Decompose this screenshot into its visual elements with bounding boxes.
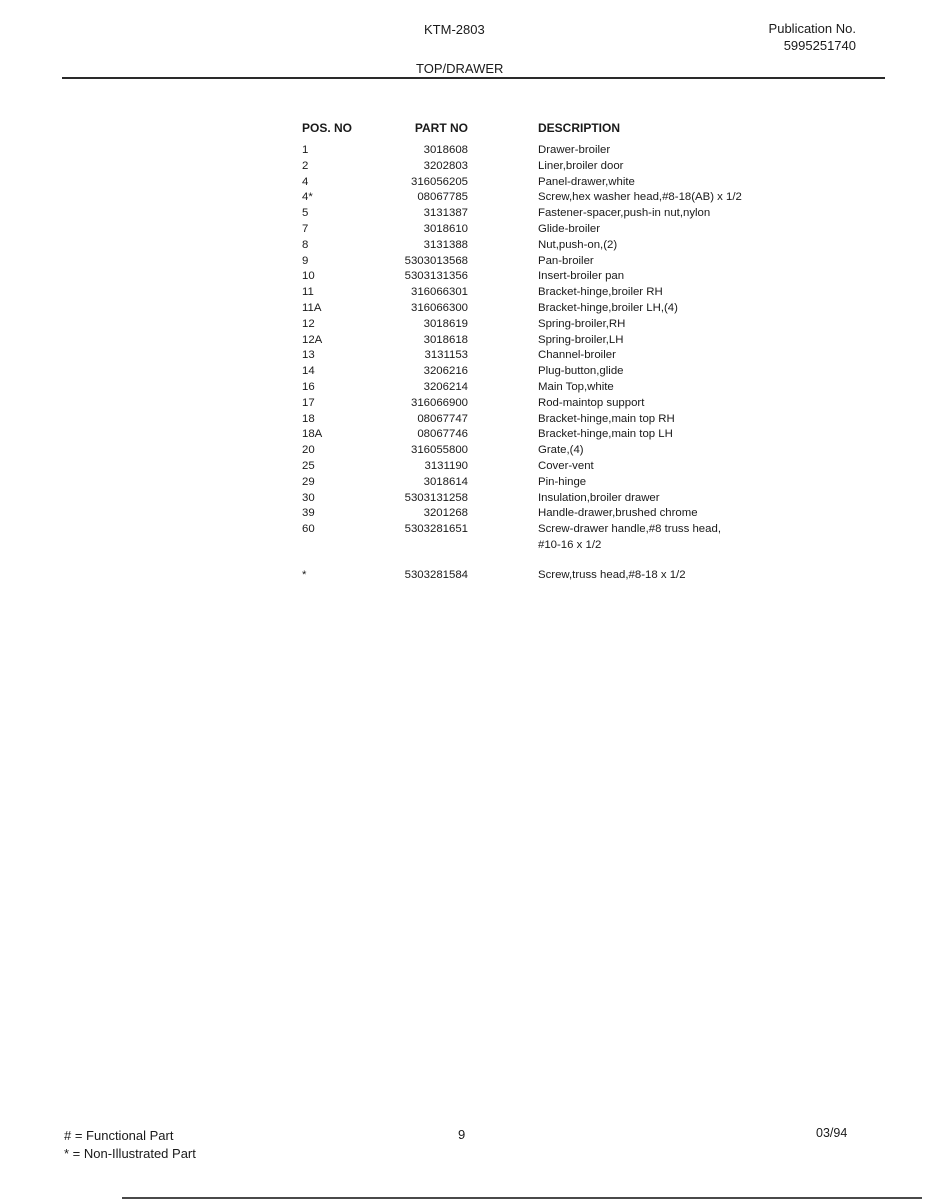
table-row: 20316055800Grate,(4) [302,443,802,459]
table-row: 253131190Cover-vent [302,459,802,475]
description-cell: Main Top,white [538,380,798,396]
pos-cell: 25 [302,459,368,475]
description-cell: Spring-broiler,LH [538,333,798,349]
pos-cell: 4* [302,190,368,206]
pos-cell: 11A [302,301,368,317]
table-row: 11316066301Bracket-hinge,broiler RH [302,285,802,301]
pos-cell: 17 [302,396,368,412]
description-cell: Insert-broiler pan [538,269,798,285]
pos-cell: 12A [302,333,368,349]
part-number-cell: 3131387 [368,206,468,222]
table-row: 73018610Glide-broiler [302,222,802,238]
parts-table: POS. NO PART NO DESCRIPTION 13018608Draw… [302,121,802,584]
part-number-cell: 08067747 [368,412,468,428]
description-cell: Nut,push-on,(2) [538,238,798,254]
pos-cell: 4 [302,175,368,191]
table-row: 163206214Main Top,white [302,380,802,396]
part-number-cell: 3018619 [368,317,468,333]
table-row: 12A3018618Spring-broiler,LH [302,333,802,349]
table-row: 23202803Liner,broiler door [302,159,802,175]
part-number-cell: 5303131258 [368,491,468,507]
column-header-description: DESCRIPTION [538,121,798,135]
description-cell: Screw,hex washer head,#8-18(AB) x 1/2 [538,190,798,206]
publication-label: Publication No. [769,21,856,36]
part-number-cell: 3131190 [368,459,468,475]
part-number-cell: 3206216 [368,364,468,380]
part-number-cell: 5303013568 [368,254,468,270]
part-number-cell: 316055800 [368,443,468,459]
table-row: 83131388Nut,push-on,(2) [302,238,802,254]
pos-cell: 1 [302,143,368,159]
table-row: 105303131356Insert-broiler pan [302,269,802,285]
publication-info: Publication No. 5995251740 [754,20,856,54]
part-number-cell: 08067746 [368,427,468,443]
part-number-cell: 3018618 [368,333,468,349]
part-number-cell: 3201268 [368,506,468,522]
pos-cell: 14 [302,364,368,380]
description-cell: Fastener-spacer,push-in nut,nylon [538,206,798,222]
table-body: 13018608Drawer-broiler23202803Liner,broi… [302,143,802,584]
description-cell: Bracket-hinge,broiler LH,(4) [538,301,798,317]
pos-cell: 9 [302,254,368,270]
description-cell: Pan-broiler [538,254,798,270]
table-header: POS. NO PART NO DESCRIPTION [302,121,802,143]
description-cell: Screw,truss head,#8-18 x 1/2 [538,568,798,584]
part-number-cell: 316066301 [368,285,468,301]
part-number-cell: 316056205 [368,175,468,191]
table-row: 11A316066300Bracket-hinge,broiler LH,(4) [302,301,802,317]
part-number-cell: 3206214 [368,380,468,396]
legend-functional-part: # = Functional Part [64,1127,196,1145]
model-number: KTM-2803 [424,22,485,37]
part-number-cell: 3018614 [368,475,468,491]
pos-cell: 11 [302,285,368,301]
description-cell: Drawer-broiler [538,143,798,159]
pos-cell: 13 [302,348,368,364]
description-cell: Panel-drawer,white [538,175,798,191]
pos-cell: 7 [302,222,368,238]
pos-cell: 18 [302,412,368,428]
description-cell: Screw-drawer handle,#8 truss head, #10-1… [538,522,798,554]
page-number: 9 [458,1127,465,1142]
description-cell: Bracket-hinge,main top LH [538,427,798,443]
pos-cell: 29 [302,475,368,491]
description-cell: Rod-maintop support [538,396,798,412]
table-row: 1808067747Bracket-hinge,main top RH [302,412,802,428]
description-cell: Cover-vent [538,459,798,475]
table-row: 393201268Handle-drawer,brushed chrome [302,506,802,522]
pos-cell: * [302,568,368,584]
pos-cell: 39 [302,506,368,522]
description-cell: Channel-broiler [538,348,798,364]
description-cell: Plug-button,glide [538,364,798,380]
description-cell: Pin-hinge [538,475,798,491]
table-row: 4*08067785Screw,hex washer head,#8-18(AB… [302,190,802,206]
part-number-cell: 3202803 [368,159,468,175]
header-divider [62,77,885,79]
part-number-cell: 3018608 [368,143,468,159]
table-row: 133131153Channel-broiler [302,348,802,364]
part-number-cell: 08067785 [368,190,468,206]
table-row: 95303013568Pan-broiler [302,254,802,270]
legend-non-illustrated-part: * = Non-Illustrated Part [64,1145,196,1163]
part-number-cell: 316066900 [368,396,468,412]
pos-cell: 18A [302,427,368,443]
description-cell: Spring-broiler,RH [538,317,798,333]
pos-cell: 2 [302,159,368,175]
table-row: 17316066900Rod-maintop support [302,396,802,412]
pos-cell: 16 [302,380,368,396]
publication-date: 03/94 [816,1126,847,1140]
pos-cell: 5 [302,206,368,222]
table-row: 605303281651Screw-drawer handle,#8 truss… [302,522,802,554]
column-header-pos: POS. NO [302,121,368,135]
table-row: 18A08067746Bracket-hinge,main top LH [302,427,802,443]
part-number-cell: 5303131356 [368,269,468,285]
pos-cell: 10 [302,269,368,285]
pos-cell: 12 [302,317,368,333]
table-row: 305303131258Insulation,broiler drawer [302,491,802,507]
part-number-cell: 3018610 [368,222,468,238]
pos-cell: 30 [302,491,368,507]
part-number-cell: 316066300 [368,301,468,317]
pos-cell: 20 [302,443,368,459]
table-row: 13018608Drawer-broiler [302,143,802,159]
part-number-cell: 3131153 [368,348,468,364]
description-cell: Handle-drawer,brushed chrome [538,506,798,522]
part-number-cell: 5303281584 [368,568,468,584]
footer-divider [122,1197,922,1199]
publication-number: 5995251740 [754,37,856,54]
pos-cell: 8 [302,238,368,254]
table-row: 4316056205Panel-drawer,white [302,175,802,191]
part-number-cell: 3131388 [368,238,468,254]
description-cell: Grate,(4) [538,443,798,459]
description-cell: Insulation,broiler drawer [538,491,798,507]
legend: # = Functional Part * = Non-Illustrated … [64,1127,196,1163]
table-row: 293018614Pin-hinge [302,475,802,491]
table-row: 123018619Spring-broiler,RH [302,317,802,333]
table-row: 53131387Fastener-spacer,push-in nut,nylo… [302,206,802,222]
column-header-part: PART NO [368,121,468,135]
table-row: *5303281584Screw,truss head,#8-18 x 1/2 [302,568,802,584]
description-cell: Liner,broiler door [538,159,798,175]
part-number-cell: 5303281651 [368,522,468,554]
table-row: 143206216Plug-button,glide [302,364,802,380]
description-cell: Glide-broiler [538,222,798,238]
section-title: TOP/DRAWER [416,61,503,76]
description-cell: Bracket-hinge,main top RH [538,412,798,428]
pos-cell: 60 [302,522,368,554]
description-cell: Bracket-hinge,broiler RH [538,285,798,301]
